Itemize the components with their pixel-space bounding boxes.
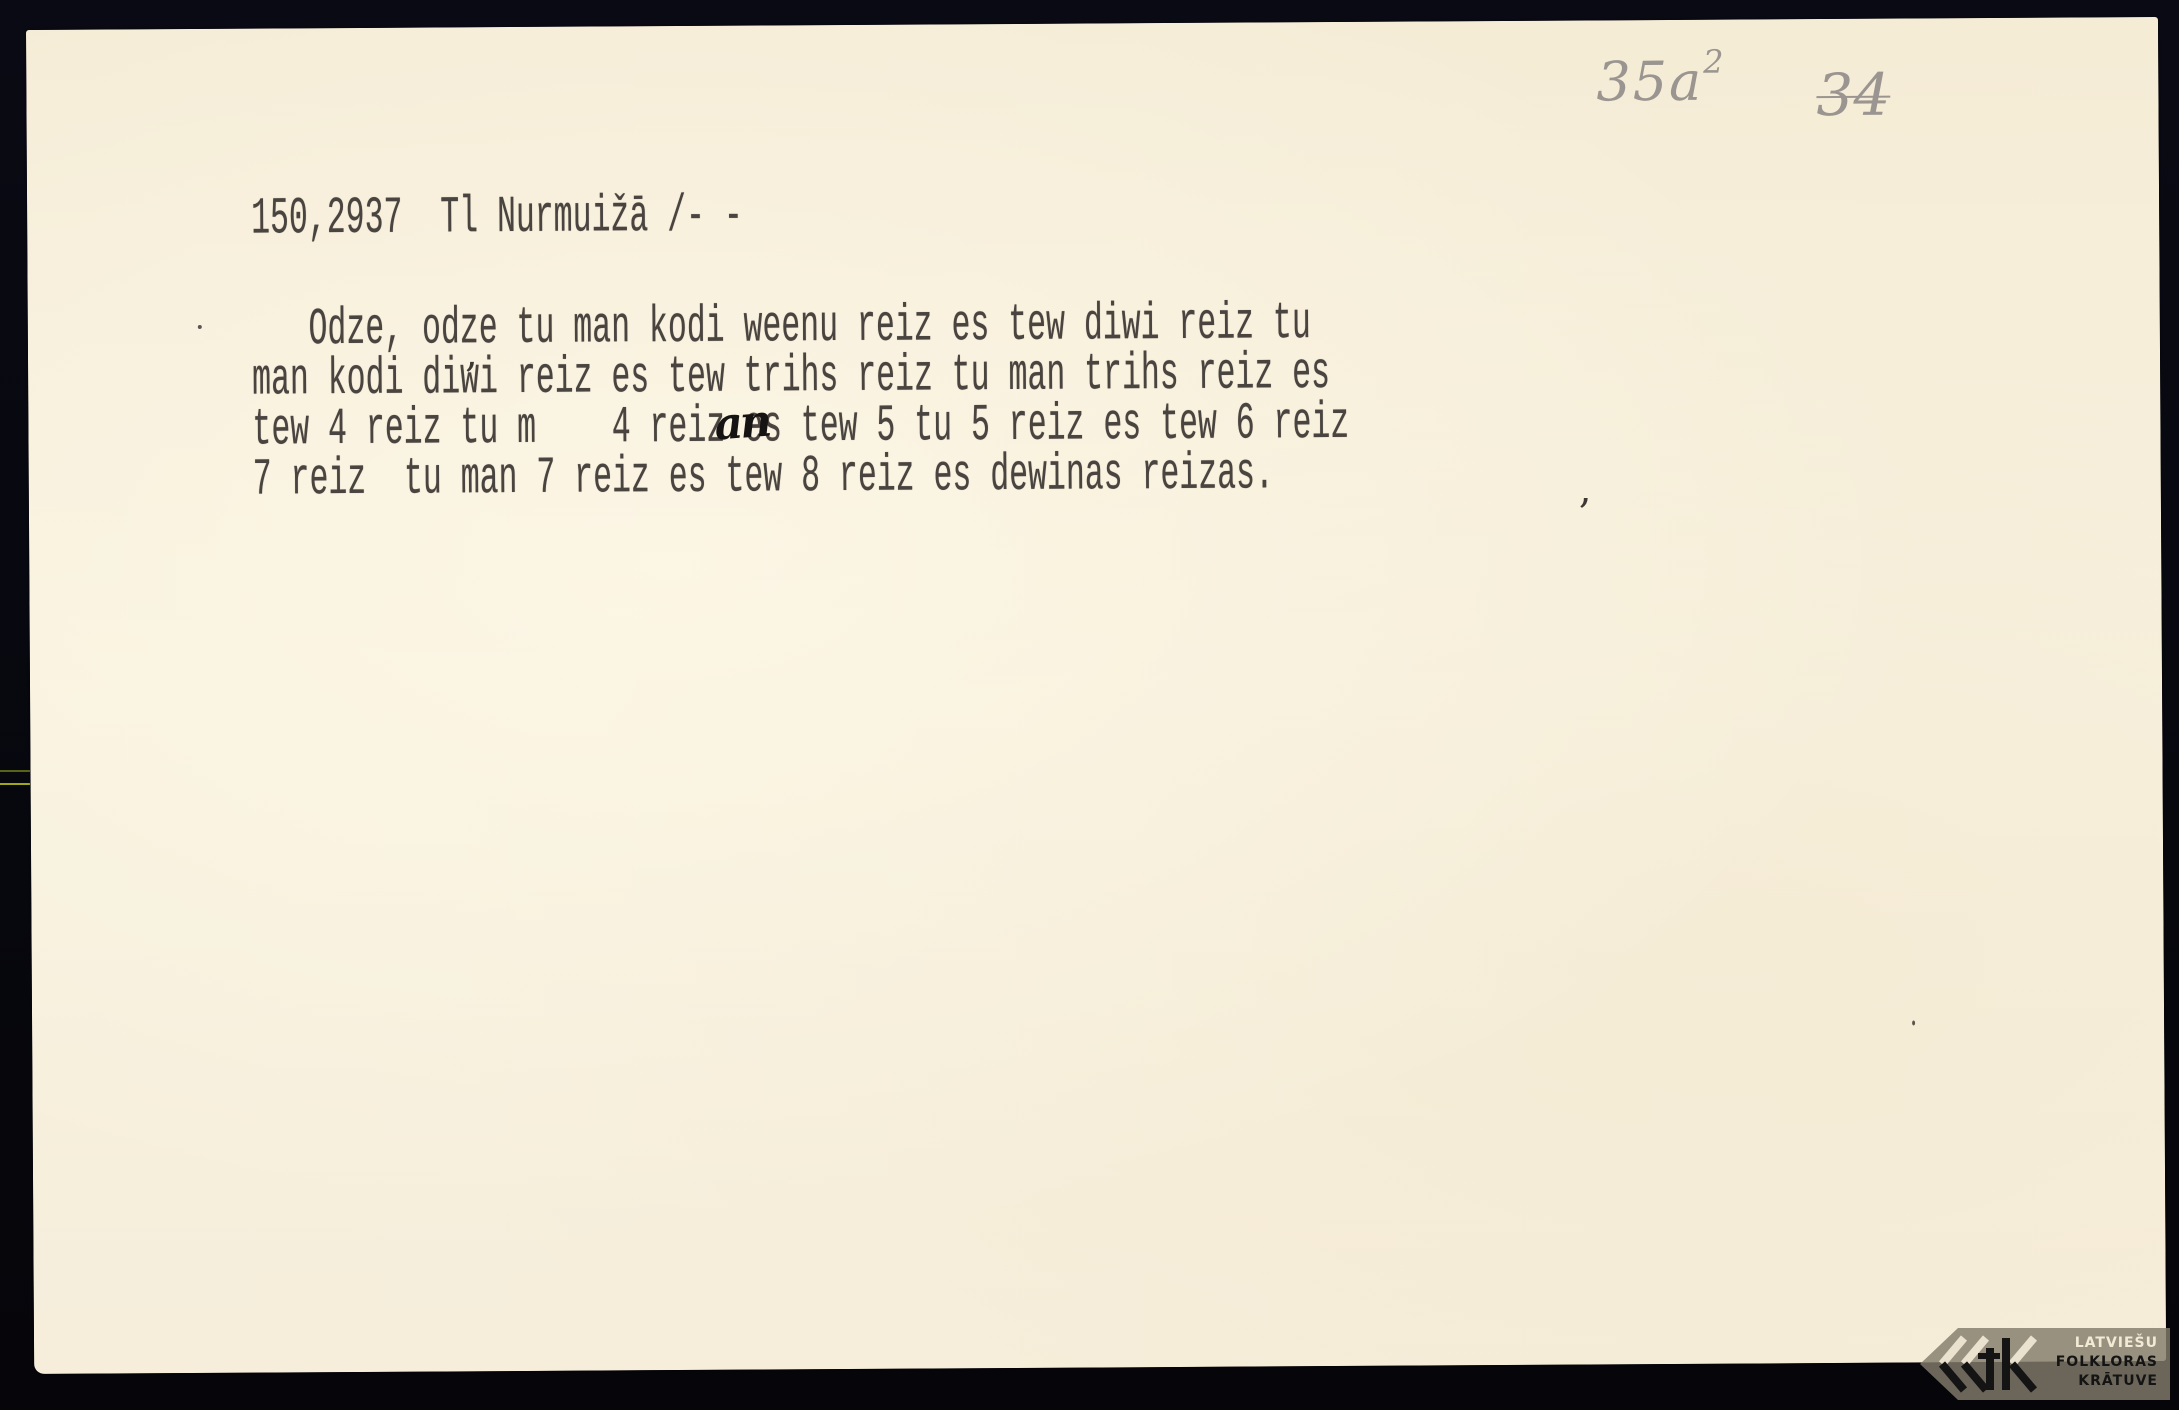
paper-speck [1912,1020,1915,1025]
card-header: 150,2937 Tl Nurmuižā /- - [251,191,743,246]
scanner-edge-artifact [0,770,30,772]
body-line-4: 7 reiz tu man 7 reiz es tew 8 reiz es de… [253,448,1274,506]
paper-speck [198,325,202,329]
scanned-card-viewer: 35a2 34 150,2937 Tl Nurmuižā /- - Odze, … [0,0,2179,1410]
ink-mark: , [1579,466,1592,512]
ink-mark: , [465,330,478,376]
logo-line-1: LATVIEŠU [2056,1334,2158,1353]
scanner-edge-artifact [0,783,30,785]
archive-card: 35a2 34 150,2937 Tl Nurmuižā /- - Odze, … [26,17,2166,1374]
logo-wordmark: LATVIEŠU FOLKLORAS KRĀTUVE [2056,1334,2158,1391]
logo-line-3: KRĀTUVE [2056,1372,2158,1391]
logo-line-2: FOLKLORAS [2056,1353,2158,1372]
lfk-logo-icon [1934,1334,2054,1394]
struck-old-reference: 34 [1816,61,1890,129]
handwritten-correction: an [713,396,771,451]
archive-logo: LATVIEŠU FOLKLORAS KRĀTUVE [1920,1328,2170,1400]
handwritten-reference: 35a2 [1596,50,1726,114]
